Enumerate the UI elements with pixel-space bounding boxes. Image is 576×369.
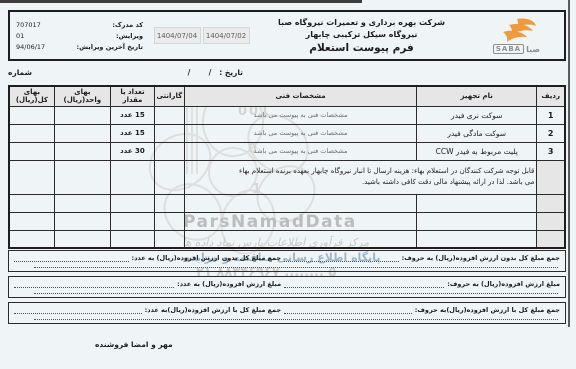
unit-price-cell: [54, 124, 110, 142]
col-equipment-name: نام تجهیز: [416, 86, 536, 106]
company-name: شرکت بهره برداری و تعمیرات نیروگاه صبا: [254, 18, 469, 27]
saba-logo: SABA صبا: [469, 12, 564, 59]
dotted-fill-line: [34, 317, 558, 320]
table-row: 2 سوکت مادگی فیدر مشخصات فنی به پیوست می…: [9, 124, 565, 142]
unit-price-cell: [54, 142, 110, 160]
equipment-name-cell: پلیت مربوط به فیدر CCW: [416, 142, 536, 160]
unit-price-cell: [54, 160, 110, 194]
warranty-cell: [155, 142, 185, 160]
spec-cell: مشخصات فنی به پیوست می باشد: [185, 106, 417, 124]
attention-note-cell: قابل توجه شرکت کنندگان در استعلام بهاء: …: [185, 160, 537, 194]
quantity-cell: 15 عدد: [110, 124, 154, 142]
saba-bird-icon: [497, 17, 537, 43]
quantity-cell: [110, 160, 154, 194]
dotted-fill-line: [14, 256, 129, 262]
saba-logo-text: SABA صبا: [493, 44, 540, 54]
row-number-cell: 1: [537, 106, 565, 124]
dotted-fill-line: [14, 308, 142, 314]
totals-section: جمع مبلغ کل بدون ارزش افزوده(ریال) به حر…: [8, 250, 566, 324]
total-price-cell: [9, 124, 54, 142]
warranty-cell: [155, 160, 185, 194]
doc-code-value: 707017: [16, 21, 41, 29]
col-warranty: گارانتی: [155, 86, 185, 106]
col-quantity: تعداد یا مقدار: [110, 86, 154, 106]
number-field: شماره: [8, 68, 32, 77]
date-field: تاریخ : / /: [138, 68, 243, 77]
total-without-vat-figures-label: جمع مبلغ کل بدون ارزش افزوده(ریال) به عد…: [132, 254, 282, 262]
total-price-cell: [9, 106, 54, 124]
row-number-cell: 3: [537, 142, 565, 160]
empty-table-row: [9, 212, 565, 230]
spec-cell: مشخصات فنی به پیوست می باشد: [185, 124, 417, 142]
company-title-block: شرکت بهره برداری و تعمیرات نیروگاه صبا ن…: [254, 12, 469, 59]
header-dates: 1404/07/04 1404/07/02: [149, 12, 254, 59]
dotted-fill-line: [284, 308, 412, 314]
items-table: ردیف نام تجهیز مشخصات فنی گارانتی تعداد …: [8, 85, 566, 249]
equipment-name-cell: سوکت نری فیدر: [416, 106, 536, 124]
revision-row: ویرایش: 01: [16, 32, 143, 40]
quantity-cell: 30 عدد: [110, 142, 154, 160]
dotted-fill-line: [34, 291, 558, 294]
empty-table-row: [9, 194, 565, 212]
dotted-fill-line: [34, 265, 558, 268]
equipment-name-cell: سوکت مادگی فیدر: [416, 124, 536, 142]
document-meta: کد مدرک: 707017 ویرایش: 01 تاریخ آخرین و…: [10, 12, 149, 59]
saba-latin-label: SABA: [493, 44, 524, 54]
col-row-number: ردیف: [537, 86, 565, 106]
warranty-cell: [155, 106, 185, 124]
total-with-vat-row: جمع مبلغ کل با ارزش افزوده(ریال)به حروف:…: [8, 302, 566, 324]
note-line-2: می باشد. لذا در ارائه پیشنهاد مالی دقت ک…: [187, 177, 534, 188]
total-price-cell: [9, 160, 54, 194]
dotted-fill-line: [284, 282, 444, 288]
quantity-cell: 15 عدد: [110, 106, 154, 124]
scan-top-bar: [0, 0, 362, 3]
dotted-fill-line: [284, 256, 399, 262]
total-with-vat-words-label: جمع مبلغ کل با ارزش افزوده(ریال)به حروف:: [415, 306, 560, 314]
seller-seal-signature-label: مهر و امضا فروشنده: [95, 340, 173, 349]
doc-code-label: کد مدرک:: [112, 21, 143, 29]
warranty-cell: [155, 124, 185, 142]
last-revision-date-value: 94/06/17: [16, 43, 45, 51]
vat-amount-row: مبلغ ارزش افزوده(ریال) به حروف: مبلغ ارز…: [8, 276, 566, 298]
table-header-row: ردیف نام تجهیز مشخصات فنی گارانتی تعداد …: [9, 86, 565, 106]
total-without-vat-row: جمع مبلغ کل بدون ارزش افزوده(ریال) به حر…: [8, 250, 566, 272]
empty-table-row: [9, 230, 565, 248]
unit-price-cell: [54, 106, 110, 124]
date-cell: 1404/07/02: [203, 27, 250, 44]
doc-code-row: کد مدرک: 707017: [16, 21, 143, 29]
total-with-vat-figures-label: جمع مبلغ کل با ارزش افزوده(ریال)به عدد:: [145, 306, 281, 314]
total-price-cell: [9, 142, 54, 160]
scan-right-edge: [568, 0, 570, 327]
form-title: فرم پیوست استعلام: [254, 42, 469, 54]
spec-cell: مشخصات فنی به پیوست می باشد: [185, 142, 417, 160]
revision-value: 01: [16, 32, 24, 40]
last-revision-date-row: تاریخ آخرین ویرایش: 94/06/17: [16, 43, 143, 51]
total-without-vat-words-label: جمع مبلغ کل بدون ارزش افزوده(ریال) به حر…: [402, 254, 560, 262]
dotted-fill-line: [14, 282, 174, 288]
plant-name: نیروگاه سیکل ترکیبی چابهار: [254, 30, 469, 39]
col-total-price: بهای کل(ریال): [9, 86, 54, 106]
row-number-cell: [537, 160, 565, 194]
col-technical-specs: مشخصات فنی: [185, 86, 417, 106]
note-line-1: قابل توجه شرکت کنندگان در استعلام بهاء: …: [187, 166, 534, 177]
table-row: 3 پلیت مربوط به فیدر CCW مشخصات فنی به پ…: [9, 142, 565, 160]
revision-label: ویرایش:: [116, 32, 143, 40]
date-cell: 1404/07/04: [154, 27, 201, 44]
date-slashes: / /: [188, 68, 212, 77]
vat-words-label: مبلغ ارزش افزوده(ریال) به حروف:: [447, 280, 560, 288]
saba-farsi-label: صبا: [526, 45, 540, 54]
attention-note-row: قابل توجه شرکت کنندگان در استعلام بهاء: …: [9, 160, 565, 194]
row-number-cell: 2: [537, 124, 565, 142]
table-row: 1 سوکت نری فیدر مشخصات فنی به پیوست می ب…: [9, 106, 565, 124]
inquiry-form-page: 10101 001 0 1 ParsNamadData مرکز فرآوری …: [0, 0, 576, 369]
col-unit-price: بهای واحد(ریال): [54, 86, 110, 106]
last-revision-date-label: تاریخ آخرین ویرایش:: [76, 43, 143, 51]
form-header: SABA صبا شرکت بهره برداری و تعمیرات نیرو…: [8, 10, 566, 61]
vat-figures-label: مبلغ ارزش افزوده(ریال) به عدد:: [177, 280, 281, 288]
